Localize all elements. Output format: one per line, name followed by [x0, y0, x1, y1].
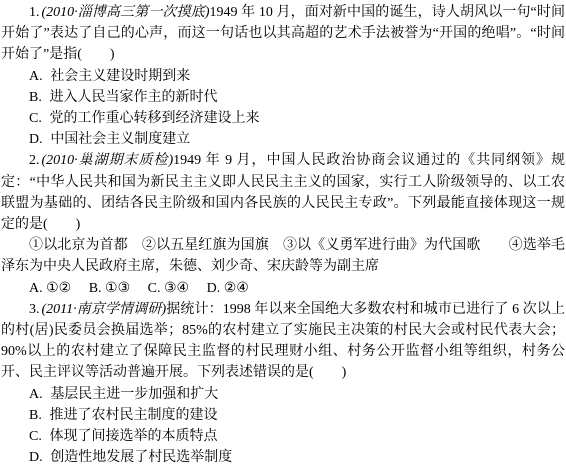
question-1-source: (2010·淄博高三第一次摸底)	[42, 5, 210, 20]
question-1-option-b: B.进入人民当家作主的新时代	[1, 87, 565, 108]
question-1-option-a: A.社会主义建设时期到来	[1, 66, 565, 87]
option-text: 推进了农村民主制度的建设	[50, 408, 218, 423]
question-3-option-a: A.基层民主进一步加强和扩大	[1, 384, 565, 405]
question-1: 1.(2010·淄博高三第一次摸底)1949 年 10 月，面对新中国的诞生，诗…	[1, 2, 565, 150]
question-1-option-c: C.党的工作重心转移到经济建设上来	[1, 108, 565, 129]
option-label: C.	[29, 111, 42, 126]
question-3-source: (2011·南京学情调研)	[42, 302, 167, 317]
option-label: A.	[29, 69, 43, 84]
option-label: D.	[29, 450, 43, 465]
question-2-source: (2010·巢湖期末质检)	[42, 153, 174, 168]
question-2-stem: 2.(2010·巢湖期末质检)1949 年 9 月，中国人民政治协商会议通过的《…	[1, 150, 565, 235]
option-text: 中国社会主义制度建立	[50, 132, 190, 147]
question-1-stem: 1.(2010·淄博高三第一次摸底)1949 年 10 月，面对新中国的诞生，诗…	[1, 2, 565, 66]
option-text: 基层民主进一步加强和扩大	[50, 387, 218, 402]
question-3-option-c: C.体现了间接选举的本质特点	[1, 426, 565, 447]
option-text: 党的工作重心转移到经济建设上来	[50, 111, 260, 126]
option-label: D.	[29, 132, 43, 147]
question-2: 2.(2010·巢湖期末质检)1949 年 9 月，中国人民政治协商会议通过的《…	[1, 150, 565, 298]
question-2-numbered-items: ①以北京为首都 ②以五星红旗为国旗 ③以《义勇军进行曲》为代国歌 ④选举毛泽东为…	[1, 235, 565, 277]
question-2-number: 2.	[29, 153, 40, 168]
option-label: A.	[29, 387, 43, 402]
question-3-option-b: B.推进了农村民主制度的建设	[1, 405, 565, 426]
question-2-answer-choices: A. ①② B. ①③ C. ③④ D. ②④	[1, 278, 565, 299]
option-text: 创造性地发展了村民选举制度	[50, 450, 232, 465]
question-1-number: 1.	[29, 5, 40, 20]
question-3-stem: 3.(2011·南京学情调研)据统计：1998 年以来全国绝大多数农村和城市已进…	[1, 299, 565, 384]
option-text: 进入人民当家作主的新时代	[50, 90, 218, 105]
option-label: C.	[29, 429, 42, 444]
option-label: B.	[29, 90, 42, 105]
question-3: 3.(2011·南京学情调研)据统计：1998 年以来全国绝大多数农村和城市已进…	[1, 299, 565, 468]
question-3-option-d: D.创造性地发展了村民选举制度	[1, 447, 565, 468]
question-1-option-d: D.中国社会主义制度建立	[1, 129, 565, 150]
option-label: B.	[29, 408, 42, 423]
option-text: 体现了间接选举的本质特点	[50, 429, 218, 444]
exam-document: 1.(2010·淄博高三第一次摸底)1949 年 10 月，面对新中国的诞生，诗…	[0, 0, 566, 468]
question-3-number: 3.	[29, 302, 40, 317]
option-text: 社会主义建设时期到来	[50, 69, 190, 84]
